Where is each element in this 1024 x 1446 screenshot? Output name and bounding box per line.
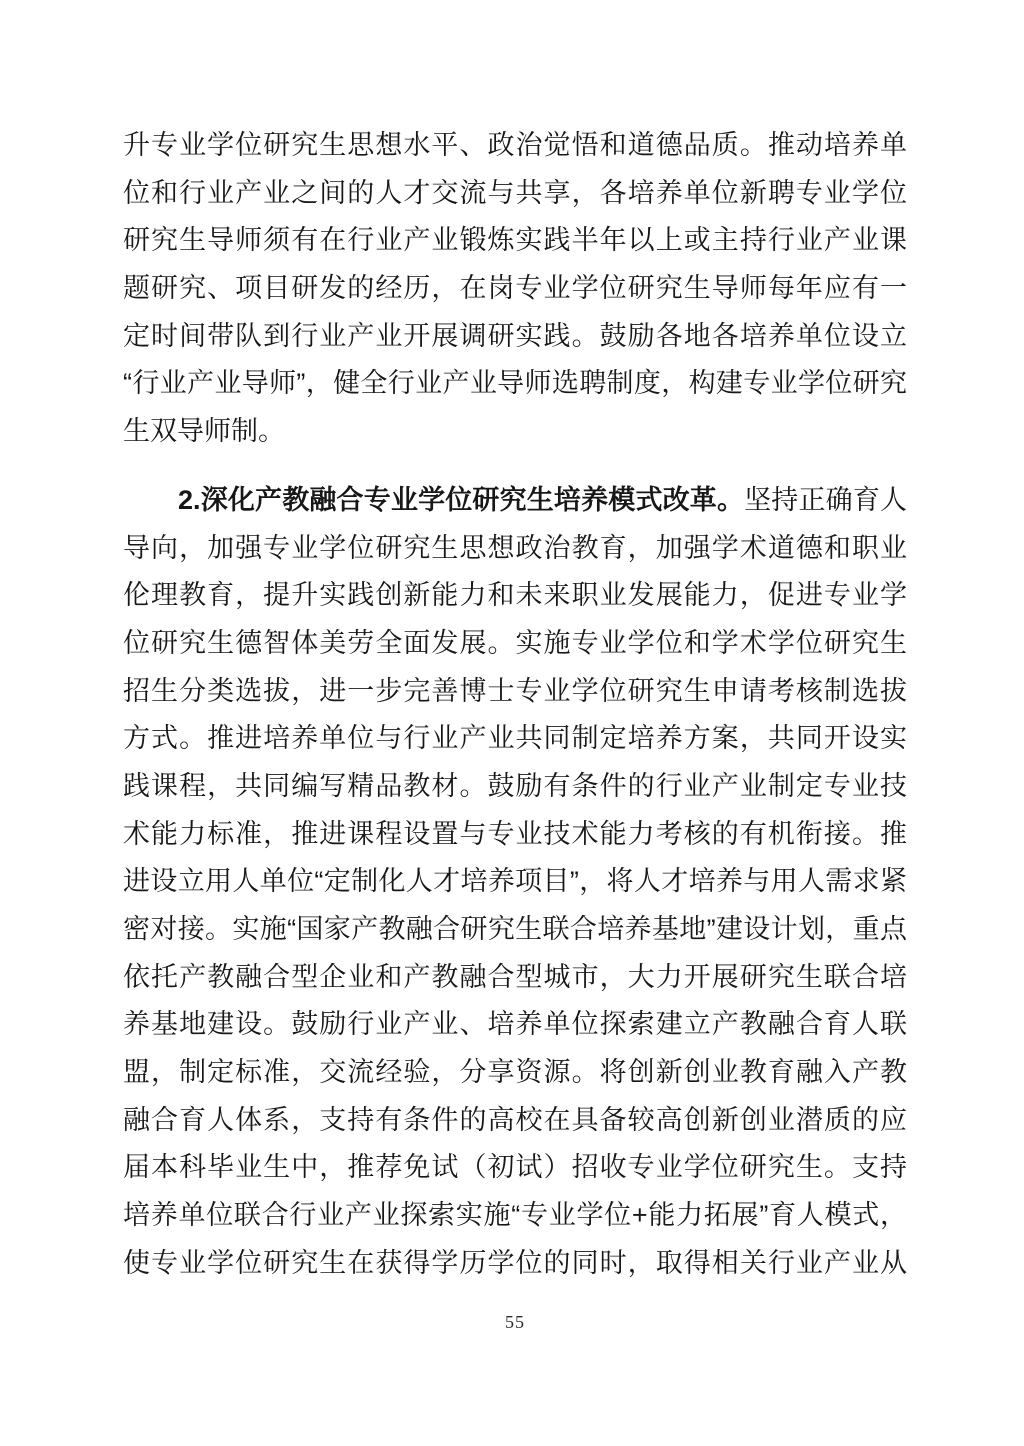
text-segment: 伦理教育，提升实践创新能力和未来职业发展能力，促进专业学 (123, 580, 907, 610)
text-line: 研究生导师须有在行业产业锻炼实践半年以上或主持行业产业课 (123, 217, 907, 265)
text-line: 融合育人体系，支持有条件的高校在具备较高创新创业潜质的应 (123, 1097, 907, 1145)
text-line: 使专业学位研究生在获得学历学位的同时，取得相关行业产业从 (123, 1240, 907, 1288)
text-segment: 使专业学位研究生在获得学历学位的同时，取得相关行业产业从 (123, 1248, 907, 1278)
text-line: 定时间带队到行业产业开展调研实践。鼓励各地各培养单位设立 (123, 313, 907, 361)
text-line: 践课程，共同编写精品教材。鼓励有条件的行业产业制定专业技 (123, 763, 907, 811)
text-line: “行业产业导师”，健全行业产业导师选聘制度，构建专业学位研究 (123, 360, 907, 408)
text-line: 养基地建设。鼓励行业产业、培养单位探索建立产教融合育人联 (123, 1001, 907, 1049)
text-line: 招生分类选拔，进一步完善博士专业学位研究生申请考核制选拔 (123, 668, 907, 716)
text-line: 伦理教育，提升实践创新能力和未来职业发展能力，促进专业学 (123, 572, 907, 620)
text-line: 升专业学位研究生思想水平、政治觉悟和道德品质。推动培养单 (123, 122, 907, 170)
text-segment: 方式。推进培养单位与行业产业共同制定培养方案，共同开设实 (123, 723, 907, 753)
text-line: 位和行业产业之间的人才交流与共享，各培养单位新聘专业学位 (123, 170, 907, 218)
text-segment: 盟，制定标准，交流经验，分享资源。将创新创业教育融入产教 (123, 1057, 907, 1087)
paragraph: 升专业学位研究生思想水平、政治觉悟和道德品质。推动培养单位和行业产业之间的人才交… (123, 122, 907, 456)
text-segment: 题研究、项目研发的经历，在岗专业学位研究生导师每年应有一 (123, 273, 907, 303)
text-segment: 导向，加强专业学位研究生思想政治教育，加强学术道德和职业 (123, 533, 907, 563)
text-line: 题研究、项目研发的经历，在岗专业学位研究生导师每年应有一 (123, 265, 907, 313)
text-line: 生双导师制。 (123, 408, 907, 456)
text-segment: 位研究生德智体美劳全面发展。实施专业学位和学术学位研究生 (123, 628, 907, 658)
text-line: 位研究生德智体美劳全面发展。实施专业学位和学术学位研究生 (123, 620, 907, 668)
text-segment-bold: 2.深化产教融合专业学位研究生培养模式改革。 (178, 485, 744, 515)
text-line: 进设立用人单位“定制化人才培养项目”，将人才培养与用人需求紧 (123, 858, 907, 906)
text-line: 培养单位联合行业产业探索实施“专业学位+能力拓展”育人模式， (123, 1192, 907, 1240)
text-segment: 升专业学位研究生思想水平、政治觉悟和道德品质。推动培养单 (123, 130, 907, 160)
document-page: 升专业学位研究生思想水平、政治觉悟和道德品质。推动培养单位和行业产业之间的人才交… (0, 0, 1024, 1446)
text-block: 升专业学位研究生思想水平、政治觉悟和道德品质。推动培养单位和行业产业之间的人才交… (123, 122, 907, 1288)
text-segment: 招生分类选拔，进一步完善博士专业学位研究生申请考核制选拔 (123, 676, 907, 706)
text-line: 依托产教融合型企业和产教融合型城市，大力开展研究生联合培 (123, 954, 907, 1002)
text-segment: “行业产业导师”，健全行业产业导师选聘制度，构建专业学位研究 (123, 368, 907, 398)
text-segment: 践课程，共同编写精品教材。鼓励有条件的行业产业制定专业技 (123, 771, 907, 801)
text-segment: 培养单位联合行业产业探索实施“专业学位+能力拓展”育人模式， (123, 1200, 907, 1230)
text-segment: 位和行业产业之间的人才交流与共享，各培养单位新聘专业学位 (123, 178, 907, 208)
text-line: 盟，制定标准，交流经验，分享资源。将创新创业教育融入产教 (123, 1049, 907, 1097)
text-line: 方式。推进培养单位与行业产业共同制定培养方案，共同开设实 (123, 715, 907, 763)
text-segment: 坚持正确育人 (744, 485, 907, 515)
text-line: 密对接。实施“国家产教融合研究生联合培养基地”建设计划，重点 (123, 906, 907, 954)
text-line: 术能力标准，推进课程设置与专业技术能力考核的有机衔接。推 (123, 811, 907, 859)
text-segment: 密对接。实施“国家产教融合研究生联合培养基地”建设计划，重点 (123, 914, 907, 944)
text-line: 届本科毕业生中，推荐免试（初试）招收专业学位研究生。支持 (123, 1144, 907, 1192)
paragraph: 2.深化产教融合专业学位研究生培养模式改革。坚持正确育人导向，加强专业学位研究生… (123, 477, 907, 1288)
text-segment: 依托产教融合型企业和产教融合型城市，大力开展研究生联合培 (123, 962, 907, 992)
text-segment: 进设立用人单位“定制化人才培养项目”，将人才培养与用人需求紧 (123, 866, 907, 896)
text-segment: 届本科毕业生中，推荐免试（初试）招收专业学位研究生。支持 (123, 1152, 907, 1182)
text-segment: 养基地建设。鼓励行业产业、培养单位探索建立产教融合育人联 (123, 1009, 907, 1039)
text-segment: 研究生导师须有在行业产业锻炼实践半年以上或主持行业产业课 (123, 225, 907, 255)
page-number: 55 (123, 1312, 907, 1333)
text-segment: 融合育人体系，支持有条件的高校在具备较高创新创业潜质的应 (123, 1105, 907, 1135)
text-segment: 术能力标准，推进课程设置与专业技术能力考核的有机衔接。推 (123, 819, 907, 849)
text-line: 2.深化产教融合专业学位研究生培养模式改革。坚持正确育人 (123, 477, 907, 525)
text-segment: 生双导师制。 (123, 416, 285, 446)
text-line: 导向，加强专业学位研究生思想政治教育，加强学术道德和职业 (123, 525, 907, 573)
text-segment: 定时间带队到行业产业开展调研实践。鼓励各地各培养单位设立 (123, 321, 907, 351)
